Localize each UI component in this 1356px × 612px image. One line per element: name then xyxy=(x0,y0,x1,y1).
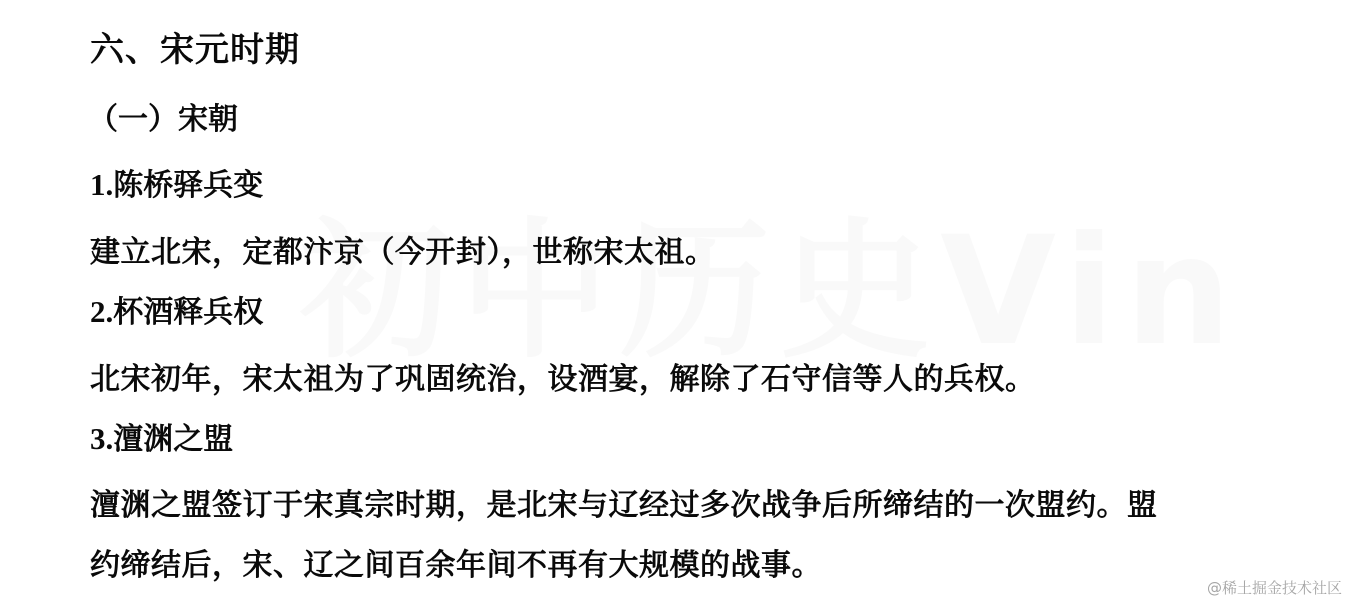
item-paragraph-1: 建立北宋，定都汴京（今开封），世称宋太祖。 xyxy=(90,227,716,271)
item-paragraph-3-line-2: 约缔结后，宋、辽之间百余年间不再有大规模的战事。 xyxy=(90,540,822,584)
item-paragraph-3-line-1: 澶渊之盟签订于宋真宗时期，是北宋与辽经过多次战争后所缔结的一次盟约。盟 xyxy=(90,480,1158,524)
item-paragraph-2: 北宋初年，宋太祖为了巩固统治，设酒宴，解除了石守信等人的兵权。 xyxy=(90,354,1036,398)
item-heading-2: 2.杯酒释兵权 xyxy=(90,287,263,331)
site-watermark: @稀土掘金技术社区 xyxy=(1207,577,1342,598)
item-heading-text: 杯酒释兵权 xyxy=(113,295,263,330)
item-heading-text: 陈桥驿兵变 xyxy=(113,168,263,203)
item-heading-text: 澶渊之盟 xyxy=(113,422,233,457)
document-page: 初中历史Vin 六、宋元时期 （一）宋朝 1.陈桥驿兵变 建立北宋，定都汴京（今… xyxy=(0,0,1356,612)
item-number: 1. xyxy=(90,167,113,202)
item-heading-3: 3.澶渊之盟 xyxy=(90,414,233,458)
item-number: 2. xyxy=(90,294,113,329)
subsection-title: （一）宋朝 xyxy=(88,94,238,138)
item-heading-1: 1.陈桥驿兵变 xyxy=(90,160,263,204)
item-number: 3. xyxy=(90,421,113,456)
section-title: 六、宋元时期 xyxy=(90,22,300,71)
